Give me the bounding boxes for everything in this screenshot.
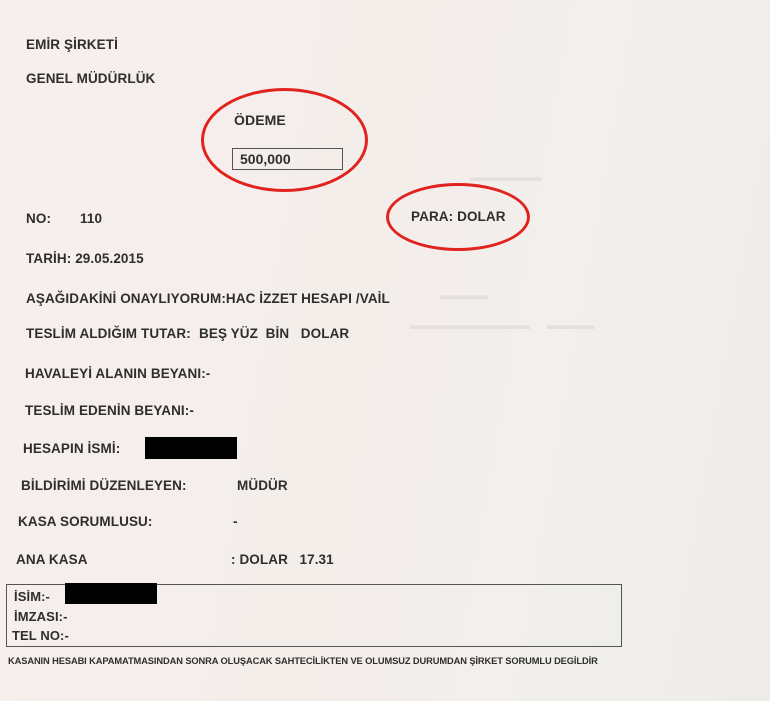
recipient-statement: HAVALEYİ ALANIN BEYANI:-: [25, 366, 210, 381]
main-cash-label: ANA KASA: [16, 552, 88, 567]
date-field: TARİH: 29.05.2015: [26, 251, 144, 266]
name-label: İSİM:-: [14, 589, 50, 604]
issued-by-label: BİLDİRİMİ DÜZENLEYEN:: [21, 478, 187, 493]
redacted-account-name: [145, 437, 237, 459]
bleed-through-text: ▬▬▬▬▬▬▬▬▬▬ ▬▬▬▬: [410, 318, 595, 332]
payment-label: ÖDEME: [234, 112, 286, 128]
approval-field: AŞAĞIDAKİNİ ONAYLIYORUM:HAC İZZET HESAPI…: [26, 291, 390, 306]
number-label: NO:: [26, 211, 51, 226]
payment-highlight-circle: [201, 88, 368, 192]
document-page: ▬▬▬▬▬▬ ▬▬▬▬ ▬▬▬▬▬▬▬▬▬▬ ▬▬▬▬ EMİR ŞİRKETİ…: [0, 0, 770, 701]
department-name: GENEL MÜDÜRLÜK: [26, 71, 155, 86]
payment-amount-box: 500,000: [232, 148, 343, 170]
redacted-name: [65, 583, 157, 604]
issued-by-value: MÜDÜR: [237, 478, 288, 493]
disclaimer: KASANIN HESABI KAPAMATMASINDAN SONRA OLU…: [8, 656, 598, 666]
bleed-through-text: ▬▬▬▬▬▬: [470, 170, 542, 184]
company-name: EMİR ŞİRKETİ: [26, 37, 118, 52]
deliverer-statement: TESLİM EDENİN BEYANI:-: [25, 403, 194, 418]
cashier-label: KASA SORUMLUSU:: [18, 514, 153, 529]
main-cash-value: : DOLAR 17.31: [231, 552, 334, 567]
amount-received-value: BEŞ YÜZ BİN DOLAR: [199, 326, 349, 341]
number-value: 110: [80, 211, 102, 226]
payment-amount: 500,000: [240, 151, 291, 167]
amount-received-label: TESLİM ALDIĞIM TUTAR:: [26, 326, 191, 341]
bleed-through-text: ▬▬▬▬: [440, 288, 488, 302]
account-name-label: HESAPIN İSMİ:: [23, 441, 120, 456]
cashier-value: -: [233, 514, 238, 529]
signature-label: İMZASI:-: [14, 609, 68, 624]
phone-label: TEL NO:-: [12, 628, 69, 643]
currency-label: PARA: DOLAR: [411, 209, 506, 224]
